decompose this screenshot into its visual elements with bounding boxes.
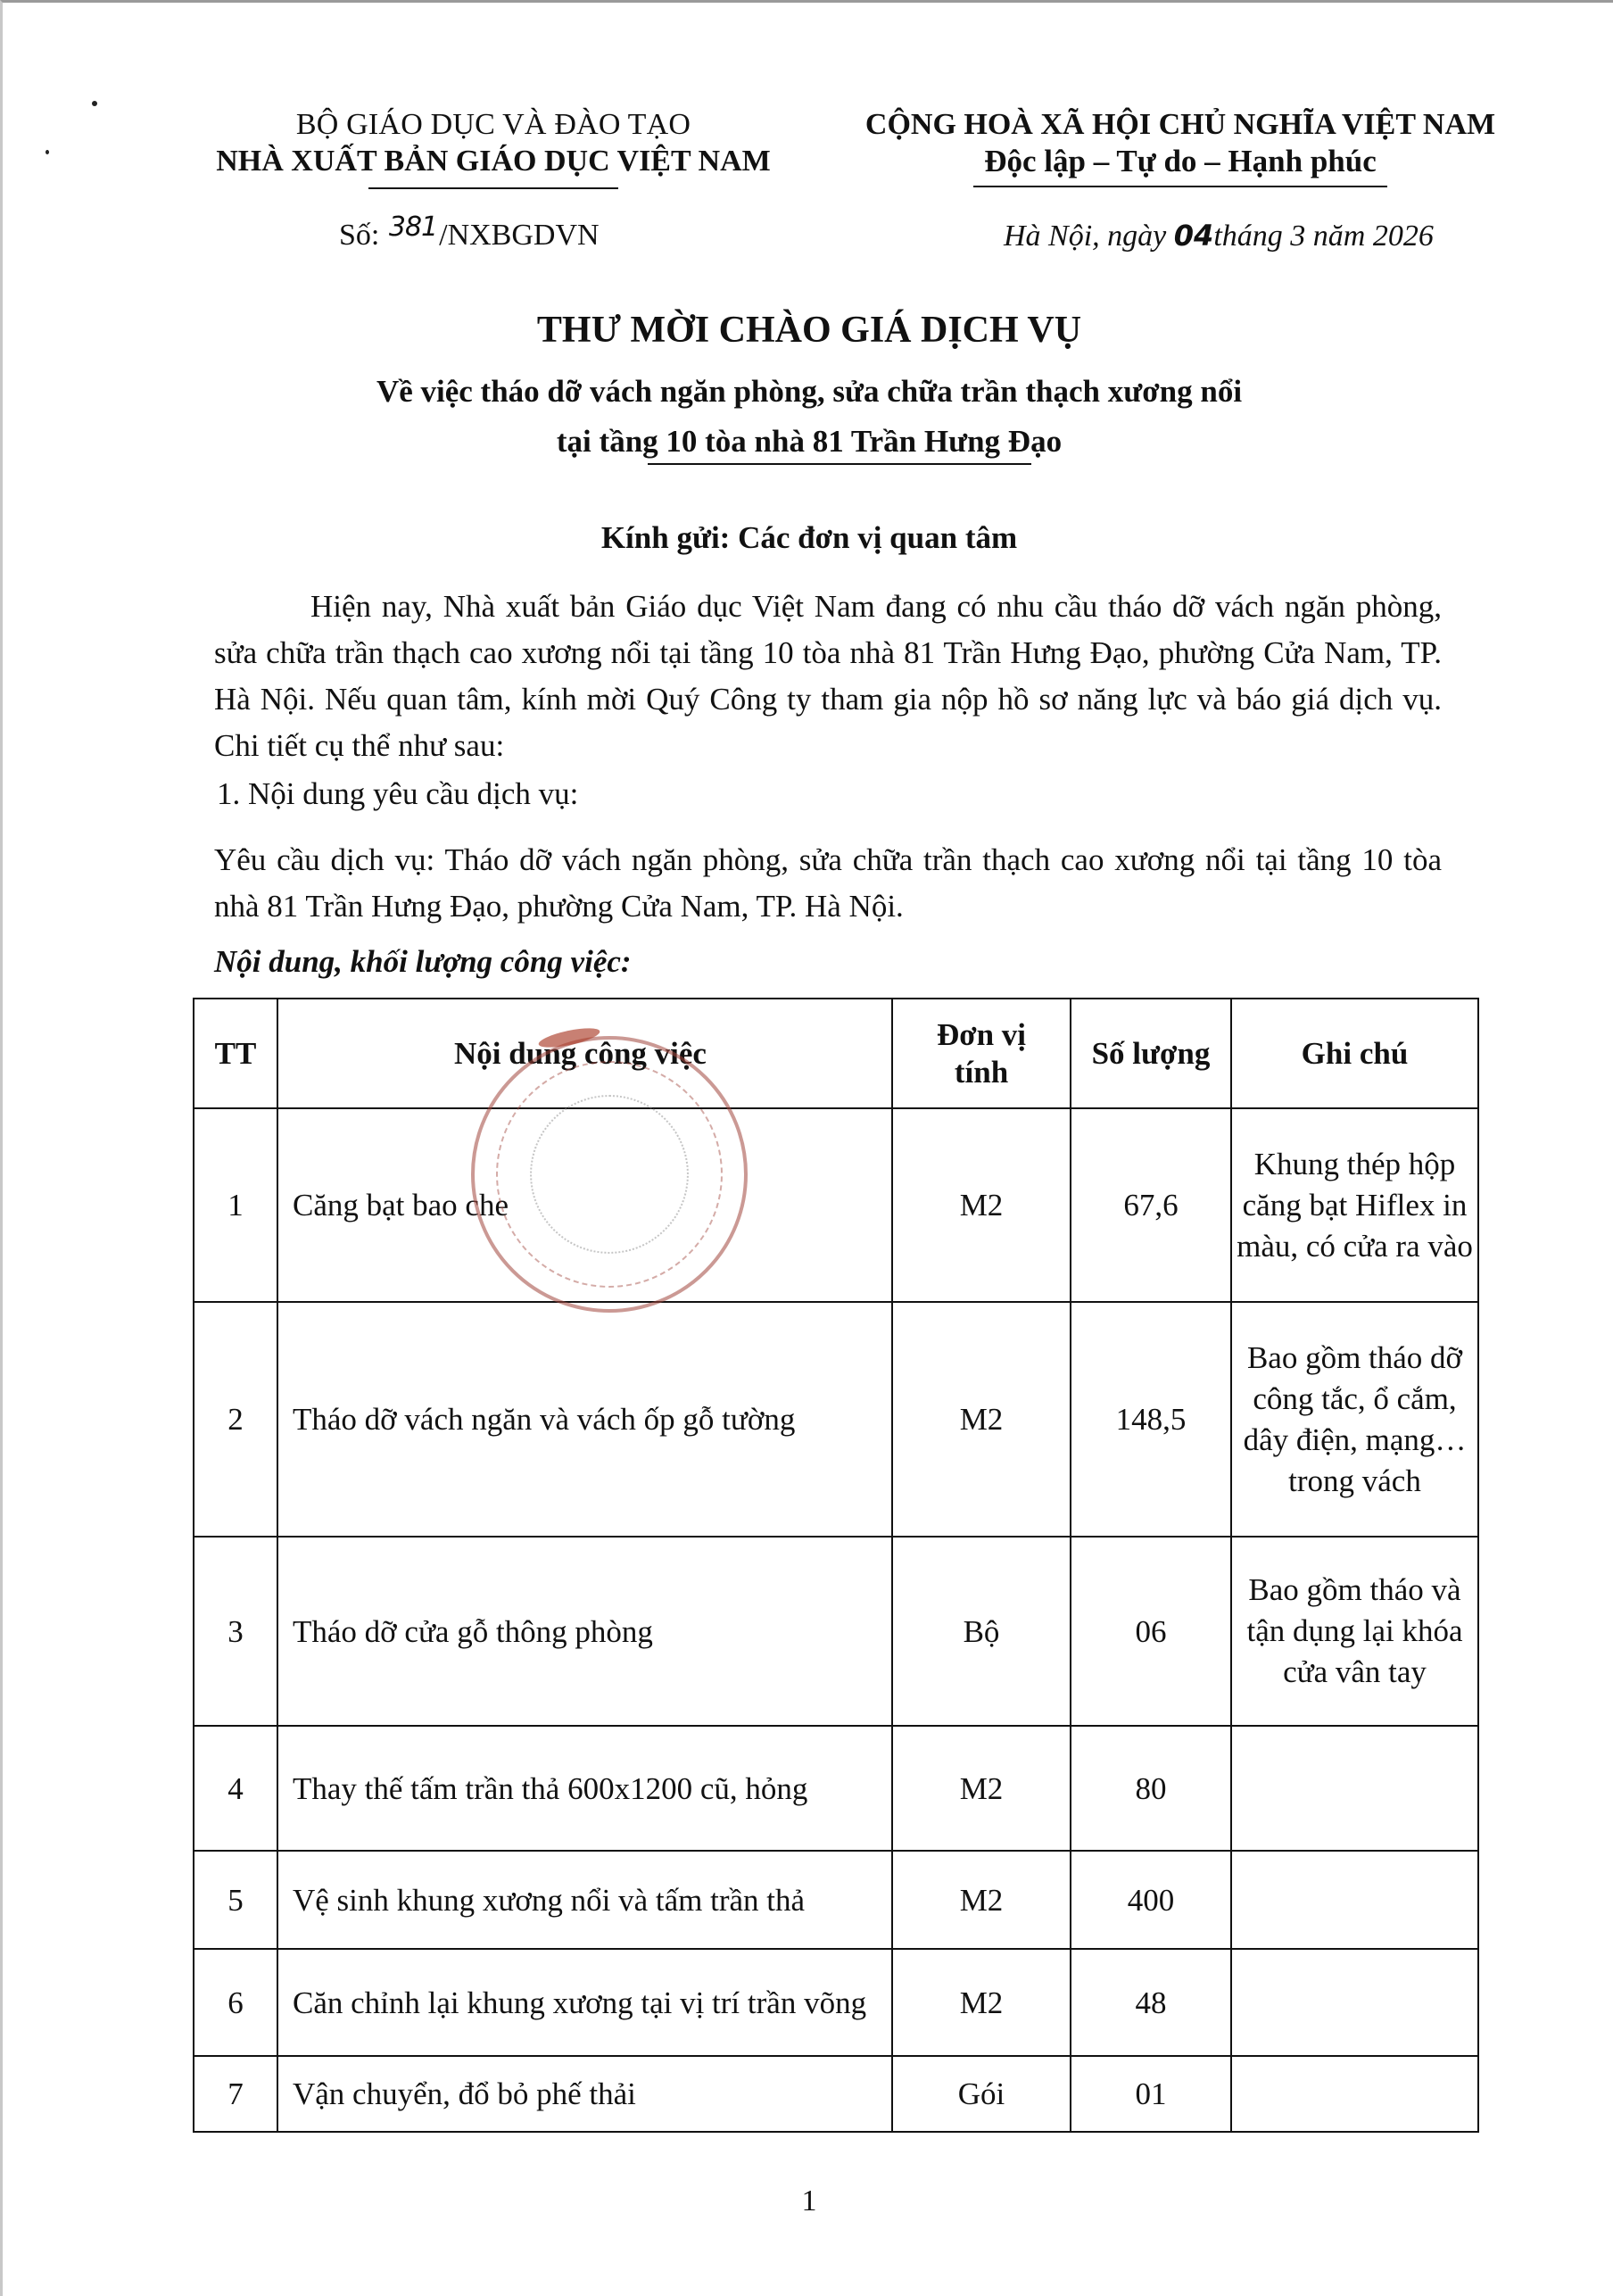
header-unit: Đơn vị tính [892,999,1071,1108]
header-tt: TT [194,999,277,1108]
doc-number-suffix: /NXBGDVN [439,219,599,252]
subtitle-underline [648,463,1031,465]
cell-quantity: 01 [1071,2056,1231,2132]
motto-underline [973,186,1387,187]
work-items-table: TT Nội dung công việc Đơn vị tính Số lượ… [193,998,1479,2133]
header-note: Ghi chú [1231,999,1478,1108]
issuer-underline [368,187,618,189]
cell-quantity: 80 [1071,1726,1231,1851]
ministry-name: BỘ GIÁO DỤC VÀ ĐÀO TẠO [181,107,806,143]
page-number: 1 [3,2184,1613,2218]
date-day-handwritten: 04 [1174,219,1214,253]
date-prefix: Hà Nội, ngày [1004,220,1166,253]
cell-tt: 2 [194,1302,277,1537]
cell-tt: 5 [194,1851,277,1949]
cell-unit: M2 [892,1851,1071,1949]
cell-tt: 4 [194,1726,277,1851]
cell-content: Vận chuyển, đổ bỏ phế thải [277,2056,892,2132]
section-1-heading: 1. Nội dung yêu cầu dịch vụ: [217,776,578,812]
cell-unit: M2 [892,1302,1071,1537]
cell-content: Căn chỉnh lại khung xương tại vị trí trầ… [277,1949,892,2056]
issuer-block: BỘ GIÁO DỤC VÀ ĐÀO TẠO NHÀ XUẤT BẢN GIÁO… [181,107,806,189]
table-row: 7Vận chuyển, đổ bỏ phế thảiGói01 [194,2056,1478,2132]
table-row: 3Tháo dỡ cửa gỗ thông phòngBộ06Bao gồm t… [194,1537,1478,1726]
cell-quantity: 67,6 [1071,1108,1231,1302]
cell-tt: 3 [194,1537,277,1726]
date-suffix: tháng 3 năm 2026 [1213,220,1434,253]
document-title: THƯ MỜI CHÀO GIÁ DỊCH VỤ [3,309,1613,352]
document-number: Số: 381/NXBGDVN [339,219,600,253]
cell-note [1231,1851,1478,1949]
header-unit-line-1: Đơn vị [893,1016,1070,1054]
greeting: Kính gửi: Các đơn vị quan tâm [3,520,1613,556]
cell-quantity: 400 [1071,1851,1231,1949]
cell-content: Tháo dỡ cửa gỗ thông phòng [277,1537,892,1726]
intro-text: Hiện nay, Nhà xuất bản Giáo dục Việt Nam… [214,589,1442,763]
cell-note: Bao gồm tháo và tận dụng lại khóa cửa vâ… [1231,1537,1478,1726]
cell-unit: Bộ [892,1537,1071,1726]
service-requirement: Yêu cầu dịch vụ: Tháo dỡ vách ngăn phòng… [214,837,1442,930]
cell-unit: M2 [892,1949,1071,2056]
cell-note [1231,1949,1478,2056]
cell-content: Thay thế tấm trần thả 600x1200 cũ, hỏng [277,1726,892,1851]
publisher-name: NHÀ XUẤT BẢN GIÁO DỤC VIỆT NAM [181,143,806,180]
table-row: 1Căng bạt bao cheM267,6Khung thép hộp că… [194,1108,1478,1302]
cell-tt: 1 [194,1108,277,1302]
cell-note: Bao gồm tháo dỡ công tắc, ổ cắm, dây điệ… [1231,1302,1478,1537]
table-header-row: TT Nội dung công việc Đơn vị tính Số lượ… [194,999,1478,1108]
work-section-label: Nội dung, khối lượng công việc: [214,944,632,980]
cell-unit: Gói [892,2056,1071,2132]
national-motto-block: CỘNG HOÀ XÃ HỘI CHỦ NGHĨA VIỆT NAM Độc l… [832,107,1528,187]
header-content: Nội dung công việc [277,999,892,1108]
cell-content: Căng bạt bao che [277,1108,892,1302]
cell-unit: M2 [892,1726,1071,1851]
cell-content: Tháo dỡ vách ngăn và vách ốp gỗ tường [277,1302,892,1537]
doc-number-prefix: Số: [339,219,379,252]
cell-note [1231,2056,1478,2132]
cell-unit: M2 [892,1108,1071,1302]
document-date: Hà Nội, ngày 04tháng 3 năm 2026 [1004,219,1434,253]
doc-number-handwritten: 381 [389,211,437,243]
scan-speck [92,101,97,106]
table-row: 2Tháo dỡ vách ngăn và vách ốp gỗ tườngM2… [194,1302,1478,1537]
cell-tt: 7 [194,2056,277,2132]
cell-quantity: 06 [1071,1537,1231,1726]
subtitle-line-1: Về việc tháo dỡ vách ngăn phòng, sửa chữ… [3,367,1613,417]
intro-paragraph: Hiện nay, Nhà xuất bản Giáo dục Việt Nam… [214,584,1442,769]
cell-tt: 6 [194,1949,277,2056]
cell-content: Vệ sinh khung xương nổi và tấm trần thả [277,1851,892,1949]
subtitle-line-2: tại tầng 10 tòa nhà 81 Trần Hưng Đạo [3,417,1613,467]
scan-speck [45,150,49,154]
cell-note [1231,1726,1478,1851]
cell-quantity: 48 [1071,1949,1231,2056]
table-row: 6Căn chỉnh lại khung xương tại vị trí tr… [194,1949,1478,2056]
document-subtitle: Về việc tháo dỡ vách ngăn phòng, sửa chữ… [3,367,1613,467]
country-name: CỘNG HOÀ XÃ HỘI CHỦ NGHĨA VIỆT NAM [832,107,1528,143]
table-row: 5Vệ sinh khung xương nổi và tấm trần thả… [194,1851,1478,1949]
header-quantity: Số lượng [1071,999,1231,1108]
motto: Độc lập – Tự do – Hạnh phúc [832,143,1528,180]
header-unit-line-2: tính [893,1054,1070,1091]
table-row: 4Thay thế tấm trần thả 600x1200 cũ, hỏng… [194,1726,1478,1851]
cell-quantity: 148,5 [1071,1302,1231,1537]
cell-note: Khung thép hộp căng bạt Hiflex in màu, c… [1231,1108,1478,1302]
